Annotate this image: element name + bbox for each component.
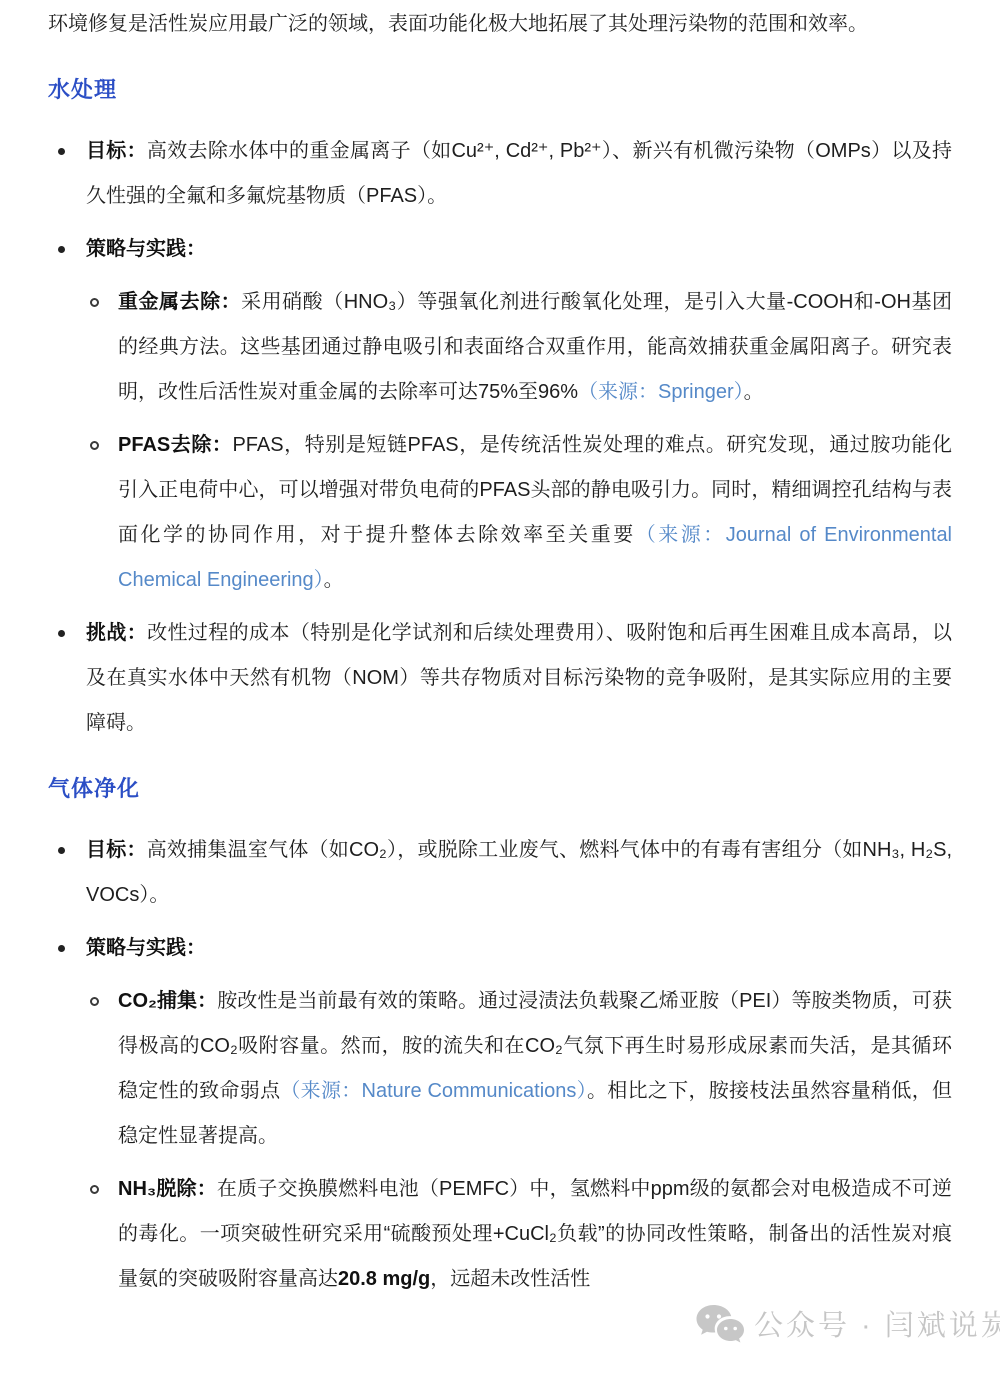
bold-label: 目标：	[86, 140, 147, 162]
disc-bullet-icon	[58, 148, 65, 155]
text-run: 高效去除水体中的重金属离子（如Cu²⁺, Cd²⁺, Pb²⁺）、新兴有机微污染…	[86, 140, 952, 207]
bold-label: PFAS去除：	[118, 434, 232, 456]
bold-label: 策略与实践：	[86, 937, 206, 959]
bold-label: 20.8 mg/g	[338, 1268, 430, 1290]
disc-bullet-icon	[58, 847, 65, 854]
text-run: 。	[744, 381, 764, 403]
bullet-item: 策略与实践：	[48, 227, 952, 272]
source-link[interactable]: （来源：Nature Communications）	[280, 1080, 587, 1102]
bullet-text: 挑战：改性过程的成本（特别是化学试剂和后续处理费用）、吸附饱和后再生困难且成本高…	[86, 611, 952, 746]
text-run: 环境修复是活性炭应用最广泛的领域，表面功能化极大地拓展了其处理污染物的范围和效率…	[48, 13, 868, 35]
source-link[interactable]: （来源：Springer）	[578, 381, 744, 403]
text-run: 高效捕集温室气体（如CO₂），或脱除工业废气、燃料气体中的有毒有害组分（如NH₃…	[86, 839, 952, 906]
bold-label: NH₃脱除：	[118, 1178, 217, 1200]
wechat-icon	[694, 1302, 746, 1344]
bullet-text: NH₃脱除：在质子交换膜燃料电池（PEMFC）中，氢燃料中ppm级的氨都会对电极…	[118, 1167, 952, 1302]
section-heading-water: 水处理	[48, 75, 952, 105]
circle-bullet-icon	[90, 441, 99, 450]
bold-label: 重金属去除：	[118, 291, 241, 313]
bold-label: CO₂捕集：	[118, 990, 217, 1012]
text-run: 采用硝酸（HNO₃）等强氧化剂进行酸氧化处理，是引入大量-COOH和-OH基团的…	[118, 291, 952, 403]
bullet-text: 策略与实践：	[86, 227, 952, 272]
disc-bullet-icon	[58, 630, 65, 637]
watermark: 公众号 · 闫斌说炭	[694, 1302, 1000, 1344]
bullet-item: NH₃脱除：在质子交换膜燃料电池（PEMFC）中，氢燃料中ppm级的氨都会对电极…	[85, 1167, 952, 1302]
disc-bullet-icon	[58, 246, 65, 253]
bullet-item: 目标：高效捕集温室气体（如CO₂），或脱除工业废气、燃料气体中的有毒有害组分（如…	[48, 828, 952, 918]
bullet-text: PFAS去除：PFAS，特别是短链PFAS，是传统活性炭处理的难点。研究发现，通…	[118, 423, 952, 603]
bullet-item: CO₂捕集：胺改性是当前最有效的策略。通过浸渍法负载聚乙烯亚胺（PEI）等胺类物…	[85, 979, 952, 1159]
bullet-item: 目标：高效去除水体中的重金属离子（如Cu²⁺, Cd²⁺, Pb²⁺）、新兴有机…	[48, 129, 952, 219]
bullet-list-gas: 目标：高效捕集温室气体（如CO₂），或脱除工业废气、燃料气体中的有毒有害组分（如…	[48, 828, 952, 1302]
bullet-list-water: 目标：高效去除水体中的重金属离子（如Cu²⁺, Cd²⁺, Pb²⁺）、新兴有机…	[48, 129, 952, 746]
bold-label: 策略与实践：	[86, 238, 206, 260]
bullet-item: 挑战：改性过程的成本（特别是化学试剂和后续处理费用）、吸附饱和后再生困难且成本高…	[48, 611, 952, 746]
circle-bullet-icon	[90, 1185, 99, 1194]
circle-bullet-icon	[90, 298, 99, 307]
bullet-text: CO₂捕集：胺改性是当前最有效的策略。通过浸渍法负载聚乙烯亚胺（PEI）等胺类物…	[118, 979, 952, 1159]
bold-label: 挑战：	[86, 622, 147, 644]
document-page: 环境修复是活性炭应用最广泛的领域，表面功能化极大地拓展了其处理污染物的范围和效率…	[0, 0, 1000, 1302]
bullet-text: 策略与实践：	[86, 926, 952, 971]
section-gas-purification: 气体净化 目标：高效捕集温室气体（如CO₂），或脱除工业废气、燃料气体中的有毒有…	[48, 774, 952, 1302]
text-run: ，远超未改性活性	[430, 1268, 590, 1290]
circle-bullet-icon	[90, 997, 99, 1006]
bullet-text: 目标：高效捕集温室气体（如CO₂），或脱除工业废气、燃料气体中的有毒有害组分（如…	[86, 828, 952, 918]
bullet-text: 重金属去除：采用硝酸（HNO₃）等强氧化剂进行酸氧化处理，是引入大量-COOH和…	[118, 280, 952, 415]
bullet-item: 策略与实践：	[48, 926, 952, 971]
watermark-text: 公众号 · 闫斌说炭	[754, 1303, 1000, 1344]
bold-label: 目标：	[86, 839, 147, 861]
section-water-treatment: 水处理 目标：高效去除水体中的重金属离子（如Cu²⁺, Cd²⁺, Pb²⁺）、…	[48, 75, 952, 746]
disc-bullet-icon	[58, 945, 65, 952]
bullet-item: PFAS去除：PFAS，特别是短链PFAS，是传统活性炭处理的难点。研究发现，通…	[85, 423, 952, 603]
text-run: 。	[324, 569, 344, 591]
bullet-item: 重金属去除：采用硝酸（HNO₃）等强氧化剂进行酸氧化处理，是引入大量-COOH和…	[85, 280, 952, 415]
section-heading-gas: 气体净化	[48, 774, 952, 804]
bullet-text: 目标：高效去除水体中的重金属离子（如Cu²⁺, Cd²⁺, Pb²⁺）、新兴有机…	[86, 129, 952, 219]
text-run: 改性过程的成本（特别是化学试剂和后续处理费用）、吸附饱和后再生困难且成本高昂，以…	[86, 622, 952, 734]
intro-paragraph: 环境修复是活性炭应用最广泛的领域，表面功能化极大地拓展了其处理污染物的范围和效率…	[48, 2, 952, 47]
